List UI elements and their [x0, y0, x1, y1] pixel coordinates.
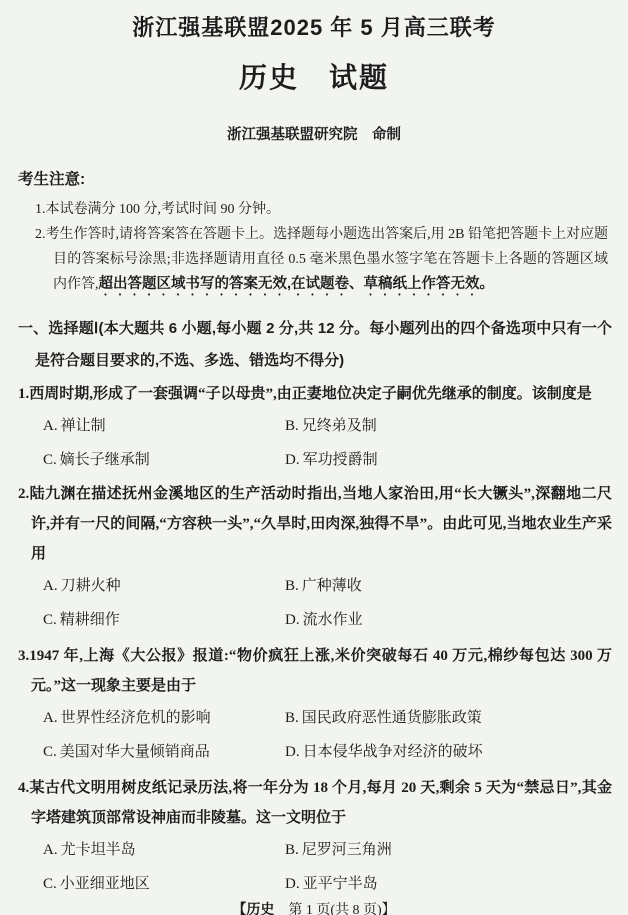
option-text: 世界性经济危机的影响 [61, 710, 211, 726]
option-b: B.广种薄收 [285, 569, 616, 603]
question-4: 4.某古代文明用树皮纸记录历法,将一年分为 18 个月,每月 20 天,剩余 5… [0, 773, 628, 901]
option-label: D. [285, 452, 300, 468]
option-c: C.美国对华大量倾销商品 [43, 735, 285, 769]
option-row: A.尤卡坦半岛 B.尼罗河三角洲 [43, 833, 616, 867]
option-label: B. [285, 710, 299, 726]
section-heading: 一、选择题Ⅰ(本大题共 6 小题,每小题 2 分,共 12 分。每小题列出的四个… [35, 313, 612, 377]
option-text: 禅让制 [61, 418, 106, 434]
option-text: 兄终弟及制 [302, 418, 377, 434]
option-row: A.刀耕火种 B.广种薄收 [43, 569, 616, 603]
option-a: A.尤卡坦半岛 [43, 833, 285, 867]
option-row: C.美国对华大量倾销商品 D.日本侵华战争对经济的破坏 [43, 735, 616, 769]
option-label: C. [43, 452, 57, 468]
option-label: A. [43, 710, 58, 726]
question-stem-text: 西周时期,形成了一套强调“子以母贵”,由正妻地位决定子嗣优先继承的制度。该制度是 [29, 386, 592, 402]
option-label: D. [285, 612, 300, 628]
option-text: 尼罗河三角洲 [302, 842, 392, 858]
question-2: 2.陆九渊在描述抚州金溪地区的生产活动时指出,当地人家治田,用“长大镢头”,深翻… [0, 479, 628, 637]
question-number: 1. [18, 386, 29, 402]
option-label: C. [43, 744, 57, 760]
option-text: 美国对华大量倾销商品 [60, 744, 210, 760]
option-b: B.尼罗河三角洲 [285, 833, 616, 867]
question-1: 1.西周时期,形成了一套强调“子以母贵”,由正妻地位决定子嗣优先继承的制度。该制… [0, 379, 628, 477]
option-text: 流水作业 [303, 612, 363, 628]
option-label: B. [285, 842, 299, 858]
option-label: A. [43, 418, 58, 434]
question-3: 3.1947 年,上海《大公报》报道:“物价疯狂上涨,米价突破每石 40 万元,… [0, 641, 628, 769]
option-row: A.禅让制 B.兄终弟及制 [43, 409, 616, 443]
question-3-options: A.世界性经济危机的影响 B.国民政府恶性通货膨胀政策 C.美国对华大量倾销商品… [43, 701, 616, 769]
option-a: A.禅让制 [43, 409, 285, 443]
footer-subject: 【历史 [232, 901, 274, 915]
option-b: B.国民政府恶性通货膨胀政策 [285, 701, 616, 735]
option-label: B. [285, 578, 299, 594]
question-1-stem: 1.西周时期,形成了一套强调“子以母贵”,由正妻地位决定子嗣优先继承的制度。该制… [31, 379, 612, 409]
option-d: D.军功授爵制 [285, 443, 616, 477]
option-d: D.日本侵华战争对经济的破坏 [285, 735, 616, 769]
notice-item-1: 1.本试卷满分 100 分,考试时间 90 分钟。 [53, 197, 608, 222]
option-text: 小亚细亚地区 [60, 876, 150, 892]
option-text: 广种薄收 [302, 578, 362, 594]
option-label: C. [43, 876, 57, 892]
option-text: 亚平宁半岛 [303, 876, 378, 892]
notice-label: 考生注意: [18, 170, 628, 190]
question-stem-text: 某古代文明用树皮纸记录历法,将一年分为 18 个月,每月 20 天,剩余 5 天… [29, 780, 612, 826]
exam-title: 浙江强基联盟2025 年 5 月高三联考 [0, 14, 628, 42]
option-text: 刀耕火种 [61, 578, 121, 594]
option-label: A. [43, 842, 58, 858]
notice-item-1-text: 1.本试卷满分 100 分,考试时间 90 分钟。 [35, 202, 280, 217]
question-number: 4. [18, 780, 29, 796]
option-text: 日本侵华战争对经济的破坏 [303, 744, 483, 760]
option-row: C.嫡长子继承制 D.军功授爵制 [43, 443, 616, 477]
option-c: C.嫡长子继承制 [43, 443, 285, 477]
option-text: 精耕细作 [60, 612, 120, 628]
footer-page-info: 第 1 页(共 8 页)】 [274, 903, 395, 915]
option-d: D.亚平宁半岛 [285, 867, 616, 901]
question-3-stem: 3.1947 年,上海《大公报》报道:“物价疯狂上涨,米价突破每石 40 万元,… [31, 641, 612, 701]
option-b: B.兄终弟及制 [285, 409, 616, 443]
notice-section: 考生注意: 1.本试卷满分 100 分,考试时间 90 分钟。 2.考生作答时,… [0, 170, 628, 299]
exam-page: 浙江强基联盟2025 年 5 月高三联考 历史 试题 浙江强基联盟研究院 命制 … [0, 0, 628, 915]
question-stem-text: 陆九渊在描述抚州金溪地区的生产活动时指出,当地人家治田,用“长大镢头”,深翻地二… [29, 486, 612, 562]
question-4-options: A.尤卡坦半岛 B.尼罗河三角洲 C.小亚细亚地区 D.亚平宁半岛 [43, 833, 616, 901]
option-text: 嫡长子继承制 [60, 452, 150, 468]
option-c: C.小亚细亚地区 [43, 867, 285, 901]
question-number: 3. [18, 648, 29, 664]
question-4-stem: 4.某古代文明用树皮纸记录历法,将一年分为 18 个月,每月 20 天,剩余 5… [31, 773, 612, 833]
option-row: C.精耕细作 D.流水作业 [43, 603, 616, 637]
option-label: C. [43, 612, 57, 628]
notice-item-2-emphasis: 超出答题区域书写的答案无效,在试题卷、草稿纸上作答无效。 [99, 276, 495, 292]
option-c: C.精耕细作 [43, 603, 285, 637]
option-text: 尤卡坦半岛 [61, 842, 136, 858]
option-row: A.世界性经济危机的影响 B.国民政府恶性通货膨胀政策 [43, 701, 616, 735]
question-1-options: A.禅让制 B.兄终弟及制 C.嫡长子继承制 D.军功授爵制 [43, 409, 616, 477]
notice-item-2: 2.考生作答时,请将答案答在答题卡上。选择题每小题选出答案后,用 2B 铅笔把答… [53, 222, 608, 299]
page-footer: 【历史 第 1 页(共 8 页)】 [0, 901, 628, 915]
option-label: D. [285, 876, 300, 892]
option-a: A.刀耕火种 [43, 569, 285, 603]
option-text: 军功授爵制 [303, 452, 378, 468]
question-number: 2. [18, 486, 29, 502]
option-d: D.流水作业 [285, 603, 616, 637]
question-stem-text: 1947 年,上海《大公报》报道:“物价疯狂上涨,米价突破每石 40 万元,棉纱… [29, 648, 612, 694]
option-row: C.小亚细亚地区 D.亚平宁半岛 [43, 867, 616, 901]
question-2-stem: 2.陆九渊在描述抚州金溪地区的生产活动时指出,当地人家治田,用“长大镢头”,深翻… [31, 479, 612, 569]
option-a: A.世界性经济危机的影响 [43, 701, 285, 735]
publisher-line: 浙江强基联盟研究院 命制 [0, 126, 628, 144]
exam-subject-title: 历史 试题 [0, 62, 628, 96]
option-label: B. [285, 418, 299, 434]
option-label: D. [285, 744, 300, 760]
option-label: A. [43, 578, 58, 594]
question-2-options: A.刀耕火种 B.广种薄收 C.精耕细作 D.流水作业 [43, 569, 616, 637]
option-text: 国民政府恶性通货膨胀政策 [302, 710, 482, 726]
